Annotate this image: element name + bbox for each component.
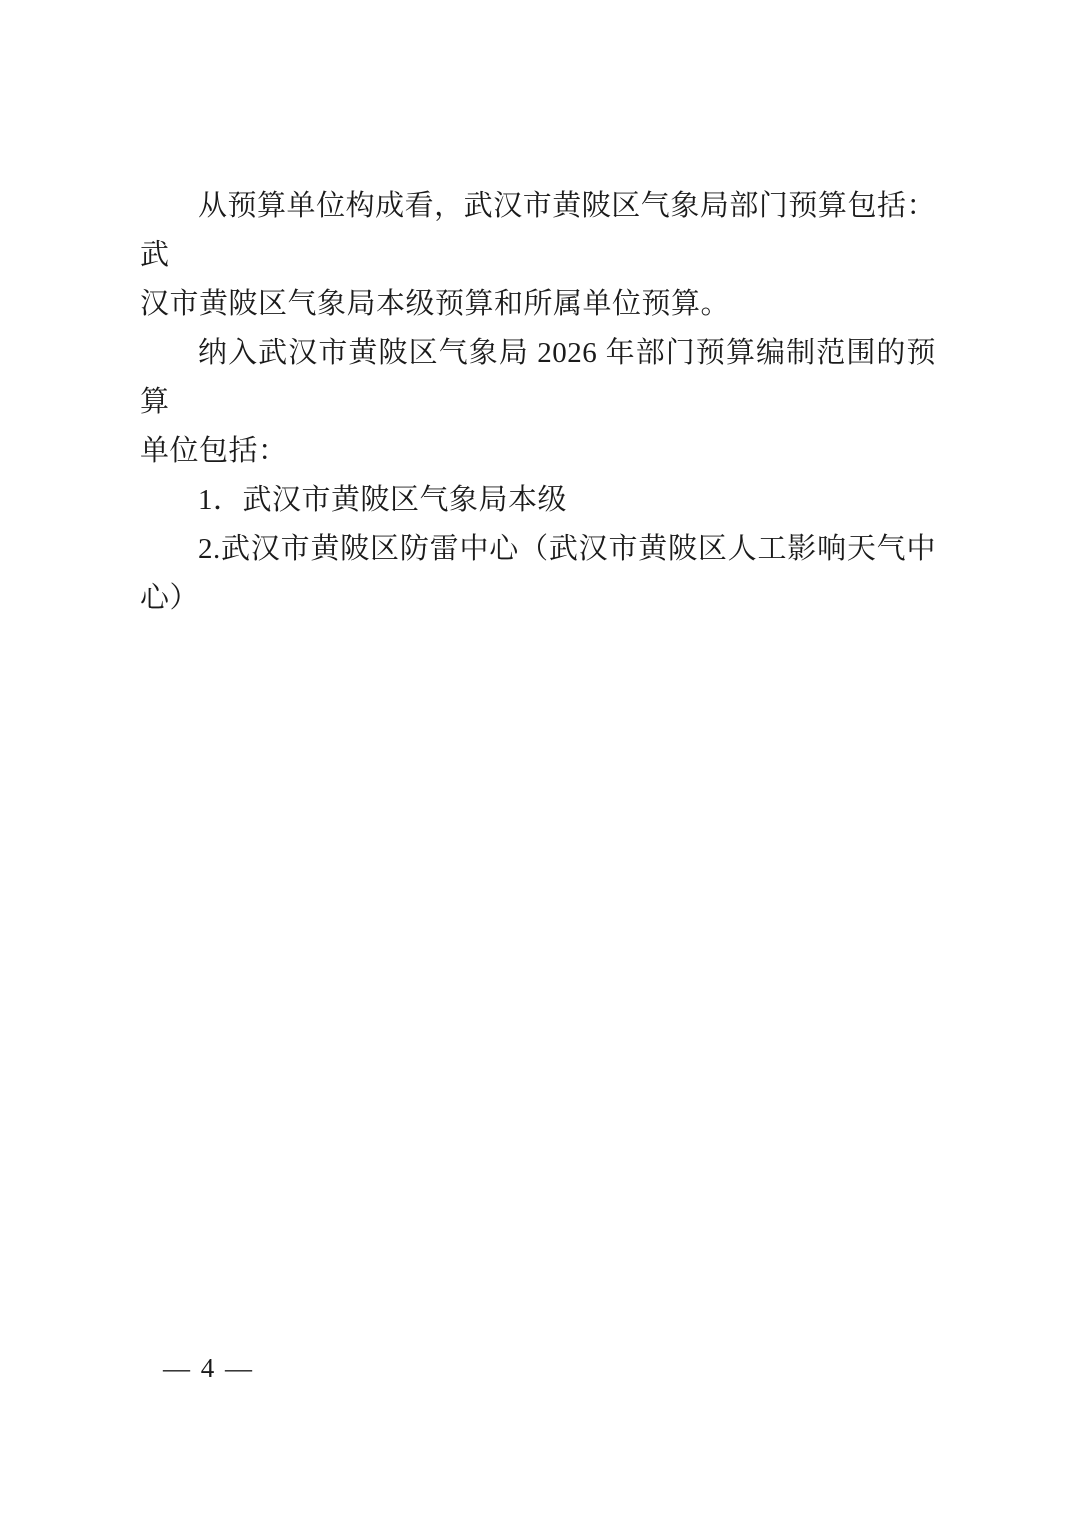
body-line-7: 心）: [140, 574, 936, 623]
body-line-3: 纳入武汉市黄陂区气象局 2026 年部门预算编制范围的预算: [140, 329, 936, 427]
body-line-2: 汉市黄陂区气象局本级预算和所属单位预算。: [140, 280, 936, 329]
body-line-4: 单位包括：: [140, 427, 936, 476]
document-body: 从预算单位构成看，武汉市黄陂区气象局部门预算包括：武 汉市黄陂区气象局本级预算和…: [140, 182, 936, 623]
page-number: — 4 —: [163, 1351, 254, 1385]
body-line-6: 2.武汉市黄陂区防雷中心（武汉市黄陂区人工影响天气中: [140, 525, 936, 574]
body-line-1: 从预算单位构成看，武汉市黄陂区气象局部门预算包括：武: [140, 182, 936, 280]
body-line-5: 1．武汉市黄陂区气象局本级: [140, 476, 936, 525]
document-page: 从预算单位构成看，武汉市黄陂区气象局部门预算包括：武 汉市黄陂区气象局本级预算和…: [0, 0, 1074, 1520]
